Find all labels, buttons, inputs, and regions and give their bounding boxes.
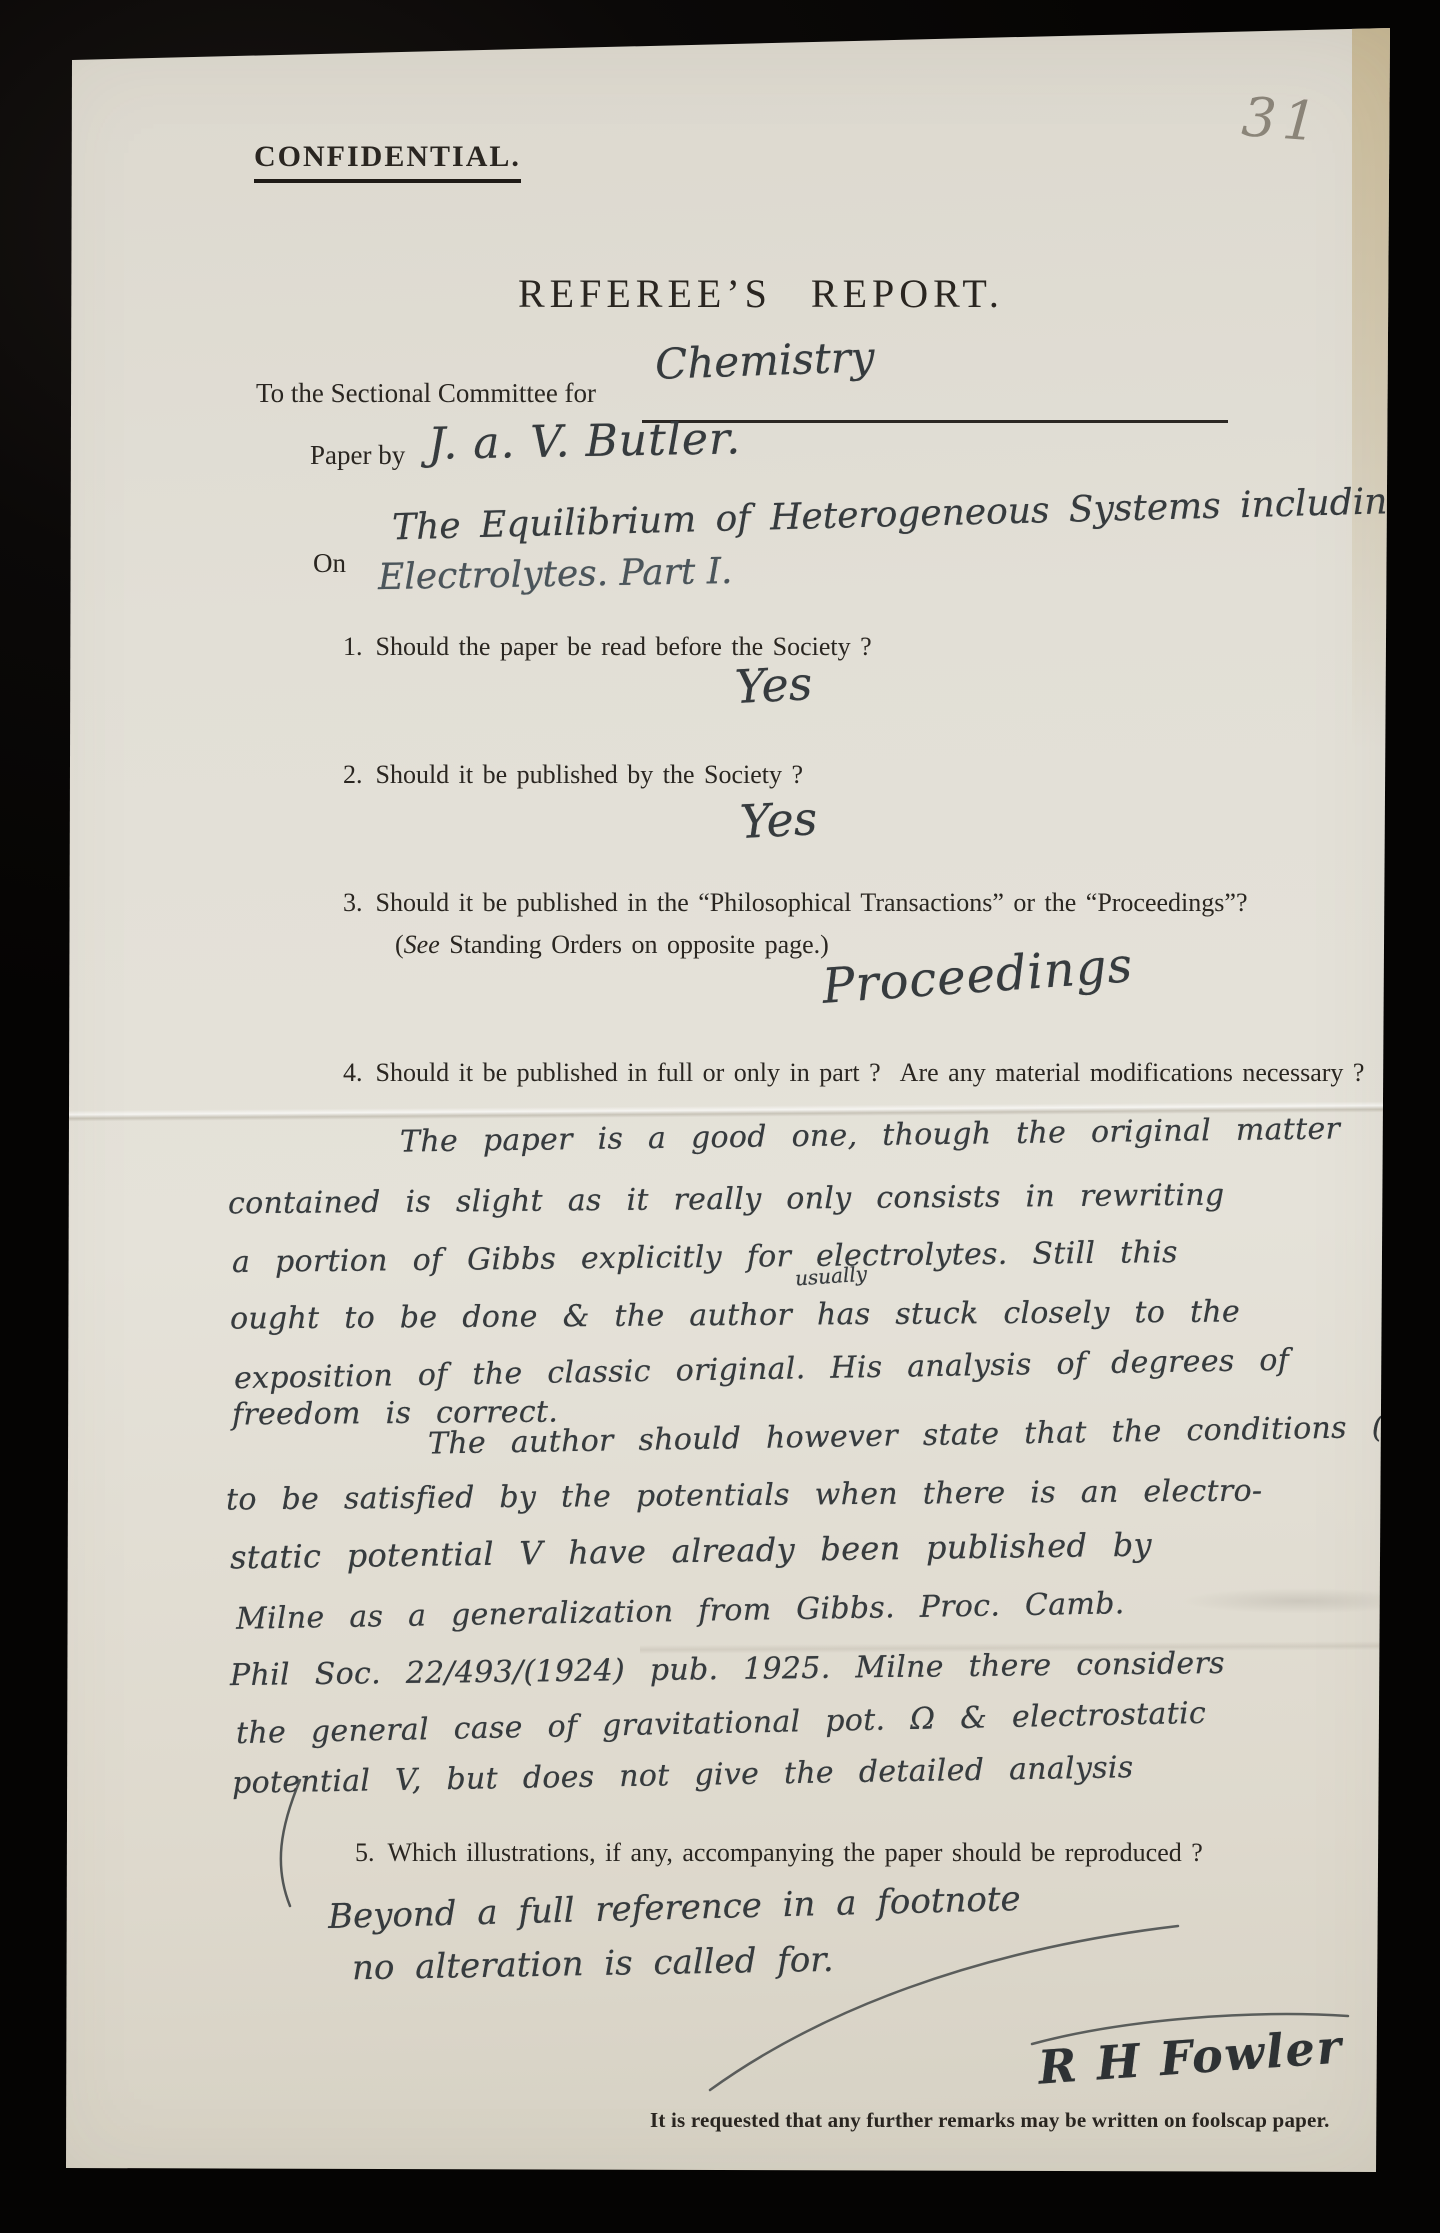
question-2-number: 2. (343, 760, 363, 789)
question-5-number: 5. (355, 1838, 375, 1867)
referee-signature: R H Fowler (1036, 2019, 1344, 2094)
question-5: 5.Which illustrations, if any, accompany… (355, 1838, 1203, 1868)
review-line: contained is slight as it really only co… (228, 1178, 1225, 1222)
document-page: 31 CONFIDENTIAL. REFEREE’S REPORT. To th… (0, 0, 1440, 2233)
paper-title-line-1: The Equilibrium of Heterogeneous Systems… (392, 481, 1411, 549)
question-3-number: 3. (343, 888, 363, 917)
question-3-text: Should it be published in the “Philosoph… (376, 888, 1248, 917)
note-rest: Standing Orders on opposite page.) (440, 930, 829, 959)
review-line: static potential V have already been pub… (230, 1526, 1152, 1577)
question-5-answer-line-1: Beyond a full reference in a footnote (328, 1879, 1021, 1937)
pencil-smudge (1180, 1588, 1380, 1614)
review-line: potential V, but does not give the detai… (232, 1750, 1134, 1801)
review-line: ought to be done & the author has stuck … (230, 1294, 1240, 1336)
review-line: Phil Soc. 22/493/(1924) pub. 1925. Milne… (230, 1646, 1225, 1693)
page-number-annotation: 31 (1240, 85, 1325, 153)
report-title: REFEREE’S REPORT. (518, 270, 1004, 317)
paper-by-label: Paper by (310, 440, 405, 471)
review-line: Milne as a generalization from Gibbs. Pr… (236, 1586, 1125, 1637)
question-5-text: Which illustrations, if any, accompanyin… (388, 1838, 1203, 1867)
confidential-heading: CONFIDENTIAL. (254, 140, 521, 183)
note-open-paren: ( (395, 930, 404, 959)
review-line: the general case of gravitational pot. Ω… (236, 1696, 1207, 1751)
review-line: to be satisfied by the potentials when t… (226, 1473, 1263, 1517)
question-2: 2.Should it be published by the Society … (343, 760, 803, 790)
question-3-answer-handwritten: Proceedings (820, 937, 1134, 1015)
review-inserted-word: usually (794, 1262, 868, 1291)
question-5-answer-line-2: no alteration is called for. (352, 1940, 834, 1988)
note-see-italic: See (404, 930, 440, 959)
question-1-number: 1. (343, 632, 363, 661)
committee-value-handwritten: Chemistry (654, 332, 875, 389)
question-3: 3.Should it be published in the “Philoso… (343, 888, 1247, 918)
on-label: On (313, 548, 346, 579)
question-4: 4.Should it be published in full or only… (343, 1058, 1364, 1088)
question-2-answer-handwritten: Yes (739, 791, 819, 849)
committee-label: To the Sectional Committee for (256, 378, 596, 409)
paper-title-line-2: Electrolytes. Part I. (378, 551, 733, 598)
paper-edge-highlight (1352, 28, 1396, 748)
paper-author-handwritten: J. a. V. Butler. (428, 413, 742, 469)
photo-background: 31 CONFIDENTIAL. REFEREE’S REPORT. To th… (0, 0, 1440, 2233)
review-line: The author should however state that the… (428, 1409, 1416, 1461)
question-4-number: 4. (343, 1058, 363, 1087)
review-line: a portion of Gibbs explicitly for electr… (232, 1235, 1178, 1280)
question-3-note: (See Standing Orders on opposite page.) (395, 930, 829, 960)
footer-instruction: It is requested that any further remarks… (650, 2108, 1330, 2133)
review-line: The paper is a good one, though the orig… (400, 1111, 1341, 1159)
review-line: exposition of the classic original. His … (234, 1343, 1290, 1396)
question-1-answer-handwritten: Yes (734, 656, 814, 714)
question-2-text: Should it be published by the Society ? (376, 760, 804, 789)
question-4-text: Should it be published in full or only i… (376, 1058, 1365, 1087)
